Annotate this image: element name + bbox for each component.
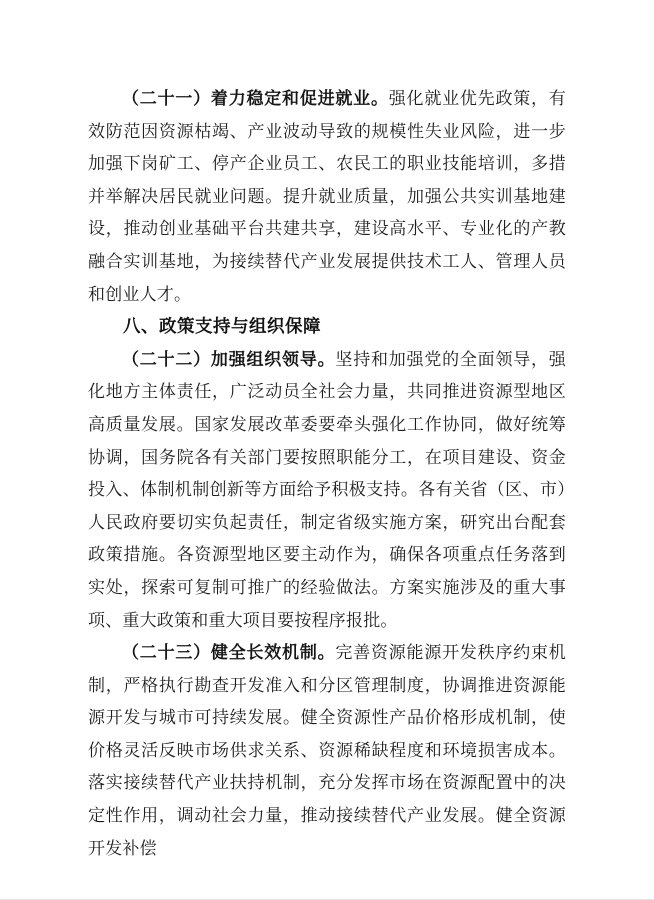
paragraph-23-lead: （二十三）健全长效机制。	[122, 643, 335, 663]
paragraph-22-lead: （二十二）加强组织领导。	[122, 350, 335, 370]
document-page: （二十一）着力稳定和促进就业。强化就业优先政策，有效防范因资源枯竭、产业波动导致…	[0, 0, 654, 900]
paragraph-22-body: 坚持和加强党的全面领导，强化地方主体责任，广泛动员全社会力量，共同推进资源型地区…	[88, 350, 566, 631]
paragraph-21-body: 强化就业优先政策，有效防范因资源枯竭、产业波动导致的规模性失业风险，进一步加强下…	[88, 89, 566, 305]
document-text-block: （二十一）着力稳定和促进就业。强化就业优先政策，有效防范因资源枯竭、产业波动导致…	[88, 83, 566, 865]
paragraph-22: （二十二）加强组织领导。坚持和加强党的全面领导，强化地方主体责任，广泛动员全社会…	[88, 344, 566, 637]
section-heading-8: 八、政策支持与组织保障	[88, 311, 566, 344]
paragraph-21-lead: （二十一）着力稳定和促进就业。	[122, 89, 389, 109]
paragraph-23: （二十三）健全长效机制。完善资源能源开发秩序约束机制，严格执行勘查开发准入和分区…	[88, 637, 566, 865]
paragraph-23-body: 完善资源能源开发秩序约束机制，严格执行勘查开发准入和分区管理制度，协调推进资源能…	[88, 643, 566, 859]
paragraph-21: （二十一）着力稳定和促进就业。强化就业优先政策，有效防范因资源枯竭、产业波动导致…	[88, 83, 566, 311]
